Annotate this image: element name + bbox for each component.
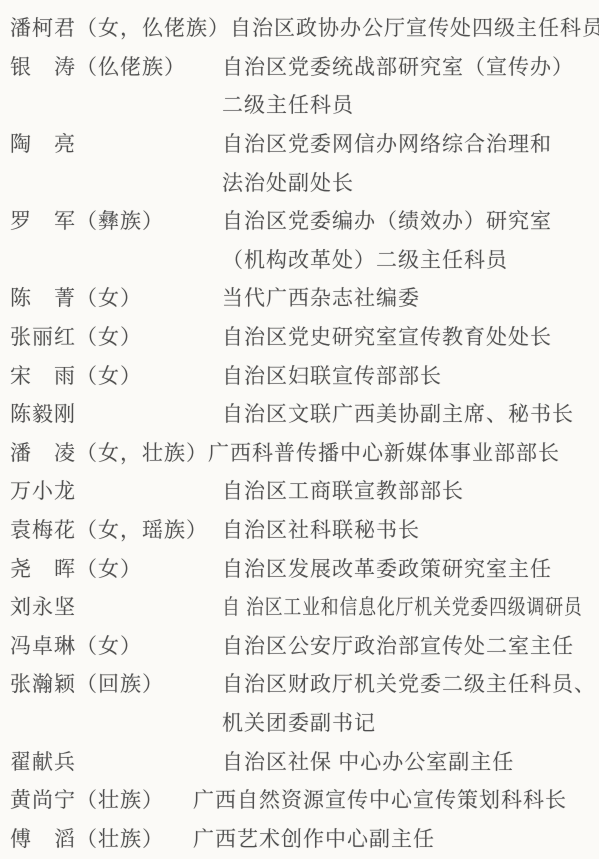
list-line: 冯卓琳（女） 自治区公安厅政治部宣传处二室主任 (10, 626, 593, 665)
list-line: 张丽红（女） 自治区党史研究室宣传教育处处长 (10, 317, 593, 356)
list-line: 傅 滔（壮族） 广西艺术创作中心副主任 (10, 818, 593, 857)
list-line: 陶 亮 自治区党委网信办网络综合治理和 (10, 124, 593, 163)
person-position: 广西自然资源宣传中心宣传策划科科长 (193, 784, 567, 814)
person-position-continuation: 二级主任科员 (222, 89, 354, 119)
person-position: 自治区妇联宣传部部长 (222, 360, 442, 390)
person-position: 当代广西杂志社编委 (222, 282, 420, 312)
person-position: 自治区工商联宣教部部长 (222, 475, 464, 505)
person-position-continuation: 机关团委副书记 (222, 707, 376, 737)
person-name: 潘 凌（女，壮族） (10, 437, 208, 467)
person-position: 广西科普传播中心新媒体事业部部长 (208, 437, 560, 467)
list-line: 银 涛（仫佬族） 自治区党委统战部研究室（宣传办） (10, 47, 593, 86)
person-position: 自治区党委网信办网络综合治理和 (222, 128, 552, 158)
person-position: 自 治区工业和信息化厅机关党委四级调研员 (222, 591, 583, 621)
person-position: 自治区公安厅政治部宣传处二室主任 (222, 630, 574, 660)
list-line: 法治处副处长 (10, 162, 593, 201)
list-line: （机构改革处）二级主任科员 (10, 240, 593, 279)
person-name: 袁梅花（女，瑶族） (10, 514, 222, 544)
list-line: 陈 菁（女） 当代广西杂志社编委 (10, 278, 593, 317)
list-line: 翟献兵 自治区社保 中心办公室副主任 (10, 741, 593, 780)
list-line: 黄尚宁（壮族） 广西自然资源宣传中心宣传策划科科长 (10, 780, 593, 819)
person-name: 张丽红（女） (10, 321, 222, 351)
person-position-continuation: 法治处副处长 (222, 167, 354, 197)
person-name: 刘永坚 (10, 591, 222, 621)
list-line: 罗 军（彝族） 自治区党委编办（绩效办）研究室 (10, 201, 593, 240)
person-position: 自治区发展改革委政策研究室主任 (222, 553, 552, 583)
person-name: 翟献兵 (10, 746, 222, 776)
list-line: 二级主任科员 (10, 85, 593, 124)
list-line: 潘 凌（女，壮族） 广西科普传播中心新媒体事业部部长 (10, 433, 593, 472)
person-position: 自治区党委编办（绩效办）研究室 (222, 205, 552, 235)
document-page: 潘柯君（女，仫佬族） 自治区政协办公厅宣传处四级主任科员 银 涛（仫佬族） 自治… (0, 0, 599, 859)
person-name: 冯卓琳（女） (10, 630, 222, 660)
person-position: 自治区文联广西美协副主席、秘书长 (222, 398, 574, 428)
list-line: 张瀚颖（回族） 自治区财政厅机关党委二级主任科员、 (10, 664, 593, 703)
person-position-continuation: （机构改革处）二级主任科员 (222, 244, 508, 274)
person-name: 宋 雨（女） (10, 360, 222, 390)
list-line: 潘柯君（女，仫佬族） 自治区政协办公厅宣传处四级主任科员 (10, 8, 593, 47)
person-name: 黄尚宁（壮族） (10, 784, 193, 814)
person-position: 自治区党委统战部研究室（宣传办） (222, 51, 574, 81)
list-line: 陈毅刚 自治区文联广西美协副主席、秘书长 (10, 394, 593, 433)
person-name: 罗 军（彝族） (10, 205, 222, 235)
person-name: 张瀚颖（回族） (10, 668, 222, 698)
person-position: 广西艺术创作中心副主任 (193, 823, 435, 853)
list-line: 袁梅花（女，瑶族） 自治区社科联秘书长 (10, 510, 593, 549)
person-position: 自治区财政厅机关党委二级主任科员、 (222, 668, 596, 698)
person-name: 银 涛（仫佬族） (10, 51, 222, 81)
person-position: 自治区政协办公厅宣传处四级主任科员 (230, 12, 599, 42)
person-name: 陈毅刚 (10, 398, 222, 428)
list-line: 机关团委副书记 (10, 703, 593, 742)
person-position: 自治区社保 中心办公室副主任 (222, 746, 514, 776)
person-name: 陈 菁（女） (10, 282, 222, 312)
list-line: 刘永坚 自 治区工业和信息化厅机关党委四级调研员 (10, 587, 593, 626)
person-name: 陶 亮 (10, 128, 222, 158)
person-name: 傅 滔（壮族） (10, 823, 193, 853)
list-line: 万小龙 自治区工商联宣教部部长 (10, 471, 593, 510)
person-position: 自治区社科联秘书长 (222, 514, 420, 544)
person-name: 尧 晖（女） (10, 553, 222, 583)
list-line: 尧 晖（女） 自治区发展改革委政策研究室主任 (10, 548, 593, 587)
person-name: 潘柯君（女，仫佬族） (10, 12, 230, 42)
person-position: 自治区党史研究室宣传教育处处长 (222, 321, 552, 351)
person-name: 万小龙 (10, 475, 222, 505)
list-line: 宋 雨（女） 自治区妇联宣传部部长 (10, 355, 593, 394)
